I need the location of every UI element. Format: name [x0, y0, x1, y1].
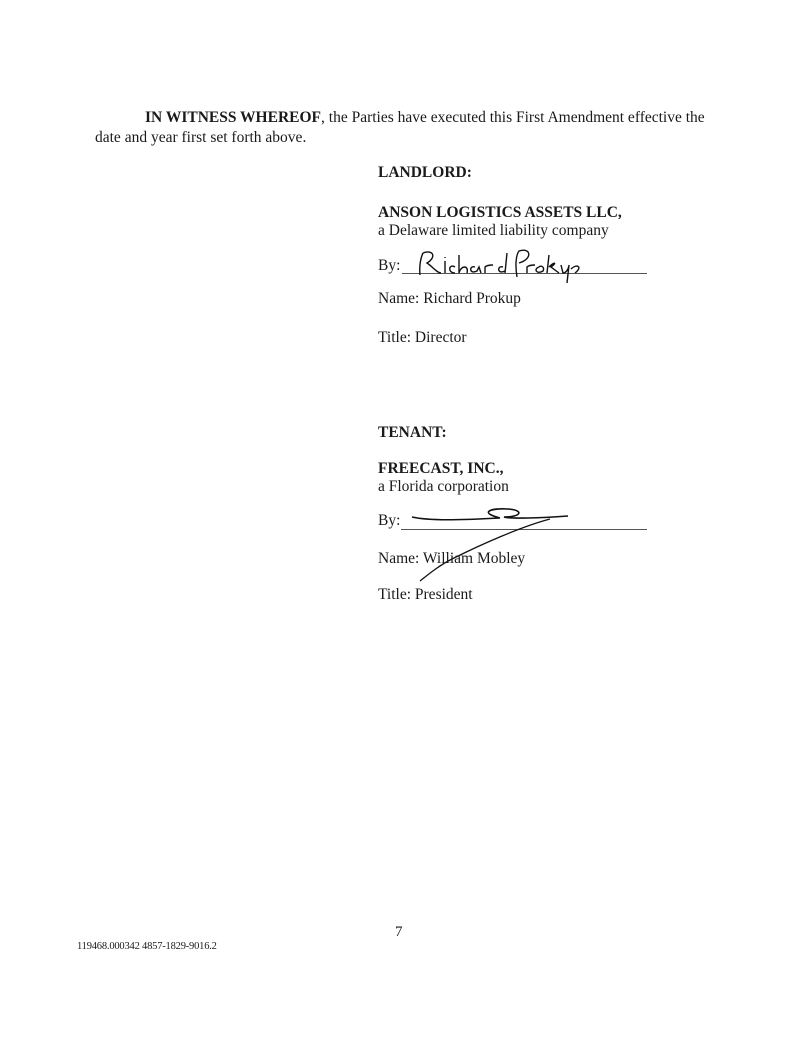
- landlord-by-label: By:: [378, 257, 400, 275]
- landlord-heading: LANDLORD:: [378, 164, 472, 182]
- tenant-title: Title: President: [378, 586, 473, 604]
- tenant-name: Name: William Mobley: [378, 550, 525, 568]
- tenant-by-label: By:: [378, 512, 400, 530]
- witness-lead: IN WITNESS WHEREOF: [145, 109, 321, 126]
- landlord-entity: ANSON LOGISTICS ASSETS LLC,: [378, 204, 622, 222]
- landlord-name: Name: Richard Prokup: [378, 290, 521, 308]
- witness-line-2: date and year first set forth above.: [95, 128, 306, 148]
- landlord-title: Title: Director: [378, 329, 467, 347]
- page-number: 7: [395, 924, 403, 941]
- landlord-entity-desc: a Delaware limited liability company: [378, 222, 609, 240]
- tenant-entity-desc: a Florida corporation: [378, 478, 509, 496]
- witness-line-1: IN WITNESS WHEREOF, the Parties have exe…: [145, 108, 705, 128]
- tenant-signature: [400, 505, 580, 585]
- witness-line-1-rest: , the Parties have executed this First A…: [321, 109, 705, 126]
- tenant-heading: TENANT:: [378, 424, 447, 442]
- tenant-entity: FREECAST, INC.,: [378, 460, 503, 478]
- landlord-signature: [415, 247, 595, 287]
- document-id: 119468.000342 4857-1829-9016.2: [77, 941, 217, 952]
